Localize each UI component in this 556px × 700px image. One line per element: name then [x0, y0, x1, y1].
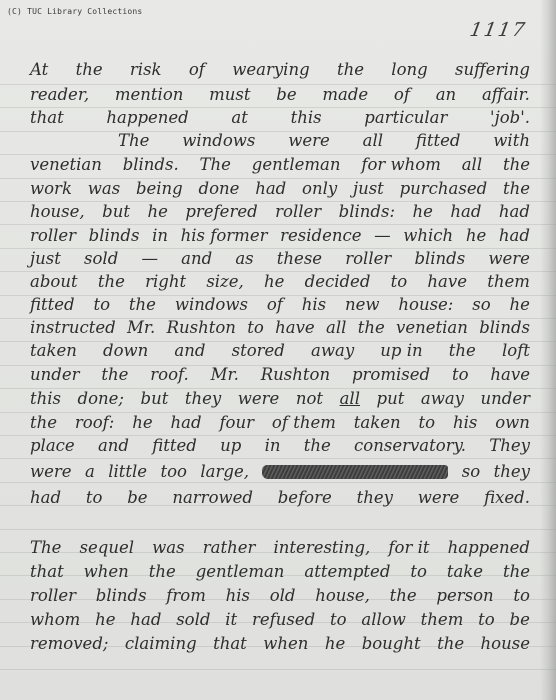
handwritten-word: up in	[380, 341, 422, 361]
handwritten-word: for it	[388, 538, 429, 558]
handwritten-word: away	[421, 389, 464, 409]
handwritten-word: taken	[354, 413, 401, 433]
handwritten-word: and	[174, 341, 205, 361]
handwritten-line: Thewindowswereallfittedwith	[118, 131, 530, 151]
handwritten-word: must	[209, 85, 250, 105]
handwritten-word: they	[185, 389, 221, 409]
handwritten-word: The	[30, 538, 61, 558]
ruled-line	[0, 224, 556, 225]
handwritten-word: to	[330, 610, 347, 630]
handwritten-line: theroof:hehadfourof themtakentohisown	[30, 413, 530, 433]
handwritten-word: own	[495, 413, 530, 433]
handwritten-word: They	[489, 436, 530, 456]
handwritten-word: he	[466, 226, 486, 246]
handwritten-word: Mr.	[127, 318, 155, 338]
handwritten-word: the	[337, 60, 364, 80]
handwritten-word: blinds	[89, 226, 140, 246]
handwritten-word: too	[160, 462, 187, 482]
handwritten-word: venetian	[396, 318, 468, 338]
handwritten-word: of	[189, 60, 205, 80]
handwritten-word: all	[326, 318, 346, 338]
handwritten-word: house,	[315, 586, 370, 606]
handwritten-word: the	[98, 272, 125, 292]
handwritten-word: they	[357, 488, 393, 508]
handwritten-word: reader,	[30, 85, 89, 105]
handwritten-line: reader,mentionmustbemadeofanaffair.	[30, 85, 530, 105]
handwritten-line: werealittletoolarge,sothey	[30, 462, 530, 482]
handwritten-line: justsold—andastheserollerblindswere	[30, 249, 530, 269]
handwritten-word: under	[481, 389, 530, 409]
handwritten-word: to	[478, 610, 495, 630]
handwritten-word: fixed.	[484, 488, 530, 508]
manuscript-page: (C) TUC Library Collections 1117 Attheri…	[0, 0, 556, 700]
handwritten-word: roller	[30, 586, 76, 606]
handwritten-word: and	[98, 436, 129, 456]
handwritten-word: had	[499, 202, 530, 222]
handwritten-word: his	[226, 586, 250, 606]
handwritten-word: be	[510, 610, 530, 630]
copyright-watermark: (C) TUC Library Collections	[7, 7, 142, 16]
handwritten-word: before	[278, 488, 332, 508]
scribbled-out-text	[262, 465, 448, 479]
handwritten-word: the	[503, 562, 530, 582]
handwritten-word: about	[30, 272, 78, 292]
handwritten-word: the	[76, 60, 103, 80]
handwritten-word: the	[390, 586, 417, 606]
handwritten-word: put	[377, 389, 405, 409]
handwritten-word: decided	[305, 272, 371, 292]
handwritten-word: happened	[106, 108, 188, 128]
handwritten-word: to	[247, 318, 264, 338]
handwritten-word: narrowed	[172, 488, 253, 508]
handwritten-word: just	[30, 249, 61, 269]
ruled-line	[0, 482, 556, 483]
handwritten-word: work	[30, 179, 72, 199]
handwritten-word: place	[30, 436, 75, 456]
handwritten-word: they	[494, 462, 530, 482]
handwritten-word: old	[270, 586, 296, 606]
handwritten-word: this	[291, 108, 322, 128]
handwritten-word: to	[419, 413, 436, 433]
handwritten-word: allow	[361, 610, 405, 630]
handwritten-word: the	[358, 318, 385, 338]
handwritten-word: roof:	[75, 413, 114, 433]
handwritten-word: to	[410, 562, 427, 582]
handwritten-word: whom	[30, 610, 80, 630]
handwritten-word: Mr.	[211, 365, 239, 385]
handwritten-word: roller	[345, 249, 391, 269]
handwritten-word: he	[413, 202, 433, 222]
handwritten-word: had	[171, 413, 202, 433]
handwritten-line: removed;claimingthatwhenheboughtthehouse	[30, 634, 530, 654]
handwritten-word: of	[394, 85, 410, 105]
handwritten-word: attempted	[304, 562, 390, 582]
handwritten-word: bought	[362, 634, 421, 654]
handwritten-word: for whom	[361, 155, 441, 175]
handwritten-word: them	[421, 610, 464, 630]
handwritten-word: —	[141, 249, 158, 269]
handwritten-word: this	[30, 389, 61, 409]
handwritten-word: be	[127, 488, 147, 508]
handwritten-word: large,	[200, 462, 249, 482]
handwritten-word: roof.	[150, 365, 189, 385]
handwritten-word: loft	[502, 341, 530, 361]
handwritten-line: hadtobenarrowedbeforetheywerefixed.	[30, 488, 530, 508]
handwritten-word: blinds	[479, 318, 530, 338]
handwritten-word: promised	[352, 365, 430, 385]
handwritten-line: house,buthepreferedrollerblinds:hehadhad	[30, 202, 530, 222]
handwritten-word: under	[30, 365, 79, 385]
handwritten-word: done	[199, 179, 240, 199]
handwritten-word: stored	[232, 341, 285, 361]
handwritten-line: Attheriskofwearyingthelongsuffering	[30, 60, 530, 80]
handwritten-word: have	[275, 318, 315, 338]
handwritten-word: and	[181, 249, 212, 269]
handwritten-word: to	[93, 295, 110, 315]
handwritten-word: was	[88, 179, 120, 199]
handwritten-word: had	[30, 488, 61, 508]
handwritten-word: was	[152, 538, 184, 558]
handwritten-word: blinds	[414, 249, 465, 269]
handwritten-word: to	[452, 365, 469, 385]
handwritten-word: all	[462, 155, 482, 175]
handwritten-word: only	[302, 179, 337, 199]
handwritten-word: prefered	[185, 202, 257, 222]
handwritten-line: Thesequelwasratherinteresting,for ithapp…	[30, 538, 530, 558]
handwritten-word: claiming	[125, 634, 197, 654]
handwritten-word: gentleman	[196, 562, 285, 582]
handwritten-word: instructed	[30, 318, 116, 338]
handwritten-word: were	[30, 462, 72, 482]
handwritten-word: it	[225, 610, 237, 630]
handwritten-word: have	[490, 365, 530, 385]
handwritten-line: rollerblindsinhis formerresidence—whichh…	[30, 226, 530, 246]
handwritten-line: workwasbeingdonehadonlyjustpurchasedthe	[30, 179, 530, 199]
handwritten-word: taken	[30, 341, 77, 361]
handwritten-word: wearying	[232, 60, 309, 80]
handwritten-word: long	[391, 60, 427, 80]
handwritten-word: when	[84, 562, 129, 582]
ruled-line	[0, 458, 556, 459]
handwritten-word: gentleman	[252, 155, 341, 175]
handwritten-word: were	[488, 249, 530, 269]
handwritten-word: 'job'.	[490, 108, 530, 128]
handwritten-word: —	[374, 226, 391, 246]
handwritten-word: were	[238, 389, 280, 409]
handwritten-word: the	[304, 436, 331, 456]
handwritten-word: up	[220, 436, 241, 456]
handwritten-word: he	[95, 610, 115, 630]
handwritten-word: the	[503, 179, 530, 199]
handwritten-word: away	[311, 341, 354, 361]
handwritten-word: in	[152, 226, 168, 246]
handwritten-word: were	[418, 488, 460, 508]
handwritten-word: his former	[181, 226, 268, 246]
handwritten-word: in	[265, 436, 281, 456]
handwritten-word: made	[322, 85, 368, 105]
page-number: 1117	[468, 19, 528, 41]
handwritten-word: had	[450, 202, 481, 222]
handwritten-word: The	[200, 155, 231, 175]
handwritten-word: at	[231, 108, 247, 128]
handwritten-word: particular	[364, 108, 447, 128]
handwritten-line: takendownandstoredawayup intheloft	[30, 341, 530, 361]
handwritten-line: venetianblinds.Thegentlemanfor whomallth…	[30, 155, 530, 175]
handwritten-line: placeandfittedupintheconservatory.They	[30, 436, 530, 456]
handwritten-word: Rushton	[167, 318, 236, 338]
handwritten-word: little	[108, 462, 147, 482]
handwritten-word: happened	[448, 538, 530, 558]
handwritten-word: had	[255, 179, 286, 199]
handwritten-word: done;	[78, 389, 124, 409]
handwritten-line: abouttherightsize,hedecidedtohavethem	[30, 272, 530, 292]
handwritten-word: of	[267, 295, 283, 315]
handwritten-word: fitted	[416, 131, 461, 151]
handwritten-word: blinds.	[123, 155, 179, 175]
handwritten-word: he	[510, 295, 530, 315]
handwritten-word: refused	[252, 610, 315, 630]
handwritten-word: all	[340, 389, 360, 409]
handwritten-word: the	[101, 365, 128, 385]
handwritten-word: from	[166, 586, 206, 606]
handwritten-word: an	[436, 85, 456, 105]
handwritten-word: his	[453, 413, 477, 433]
handwritten-word: he	[132, 413, 152, 433]
handwritten-line: thathappenedatthisparticular'job'.	[30, 108, 530, 128]
handwritten-word: residence	[280, 226, 361, 246]
handwritten-word: that	[30, 562, 64, 582]
handwritten-word: fitted	[30, 295, 75, 315]
handwritten-word: when	[263, 634, 308, 654]
handwritten-word: be	[276, 85, 296, 105]
handwritten-line: instructedMr.Rushtontohaveallthevenetian…	[30, 318, 530, 338]
handwritten-line: thisdone;buttheywerenotallputawayunder	[30, 389, 530, 409]
handwritten-word: size,	[206, 272, 243, 292]
handwritten-word: so	[462, 462, 480, 482]
handwritten-word: windows	[182, 131, 255, 151]
handwritten-word: roller	[275, 202, 321, 222]
handwritten-line: undertheroof.Mr.Rushtonpromisedtohave	[30, 365, 530, 385]
handwritten-word: he	[264, 272, 284, 292]
handwritten-word: a	[85, 462, 95, 482]
handwritten-word: to	[513, 586, 530, 606]
handwritten-word: house	[481, 634, 530, 654]
handwritten-word: sold	[176, 610, 210, 630]
handwritten-word: blinds:	[339, 202, 395, 222]
handwritten-word: had	[130, 610, 161, 630]
handwritten-word: his	[302, 295, 326, 315]
handwritten-word: Rushton	[261, 365, 330, 385]
ruled-line	[0, 669, 556, 670]
handwritten-word: removed;	[30, 634, 108, 654]
handwritten-word: risk	[130, 60, 162, 80]
handwritten-word: the	[149, 562, 176, 582]
handwritten-line: rollerblindsfromhisoldhouse,thepersonto	[30, 586, 530, 606]
handwritten-word: new	[345, 295, 380, 315]
handwritten-word: fitted	[152, 436, 197, 456]
handwritten-word: to	[86, 488, 103, 508]
handwritten-word: At	[30, 60, 48, 80]
handwritten-word: sold	[84, 249, 118, 269]
handwritten-word: rather	[203, 538, 256, 558]
handwritten-word: the	[129, 295, 156, 315]
handwritten-word: of them	[272, 413, 336, 433]
handwritten-word: but	[141, 389, 169, 409]
handwritten-word: windows	[175, 295, 248, 315]
handwritten-word: down	[103, 341, 148, 361]
handwritten-word: The	[118, 131, 149, 151]
handwritten-word: affair.	[482, 85, 530, 105]
handwritten-word: just	[353, 179, 384, 199]
handwritten-word: had	[499, 226, 530, 246]
handwritten-word: the	[449, 341, 476, 361]
handwritten-word: so	[472, 295, 490, 315]
handwritten-line: whomhehadsolditrefusedtoallowthemtobe	[30, 610, 530, 630]
handwritten-word: them	[487, 272, 530, 292]
handwritten-word: not	[296, 389, 323, 409]
handwritten-word: the	[30, 413, 57, 433]
handwritten-word: all	[363, 131, 383, 151]
handwritten-word: to	[391, 272, 408, 292]
handwritten-line: thatwhenthegentlemanattemptedtotakethe	[30, 562, 530, 582]
handwritten-word: venetian	[30, 155, 102, 175]
handwritten-word: house:	[398, 295, 453, 315]
handwritten-word: roller	[30, 226, 76, 246]
handwritten-word: with	[493, 131, 530, 151]
handwritten-word: mention	[115, 85, 184, 105]
handwritten-word: as	[235, 249, 253, 269]
handwritten-word: conservatory.	[354, 436, 466, 456]
handwritten-word: right	[145, 272, 186, 292]
handwritten-word: were	[288, 131, 330, 151]
handwritten-word: purchased	[400, 179, 488, 199]
handwritten-word: take	[447, 562, 483, 582]
handwritten-word: sequel	[80, 538, 134, 558]
handwritten-word: person	[436, 586, 493, 606]
handwritten-word: he	[147, 202, 167, 222]
handwritten-word: the	[503, 155, 530, 175]
handwritten-word: but	[102, 202, 130, 222]
handwritten-word: suffering	[455, 60, 530, 80]
ruled-line	[0, 529, 556, 530]
handwritten-word: being	[136, 179, 183, 199]
handwritten-word: interesting,	[274, 538, 371, 558]
handwritten-word: house,	[30, 202, 85, 222]
handwritten-word: four	[219, 413, 254, 433]
handwritten-word: the	[437, 634, 464, 654]
handwritten-word: have	[427, 272, 467, 292]
handwritten-word: blinds	[96, 586, 147, 606]
handwritten-word: he	[325, 634, 345, 654]
handwritten-word: that	[213, 634, 247, 654]
handwritten-word: that	[30, 108, 64, 128]
handwritten-word: these	[277, 249, 322, 269]
handwritten-line: fittedtothewindowsofhisnewhouse:sohe	[30, 295, 530, 315]
handwritten-word: which	[403, 226, 453, 246]
